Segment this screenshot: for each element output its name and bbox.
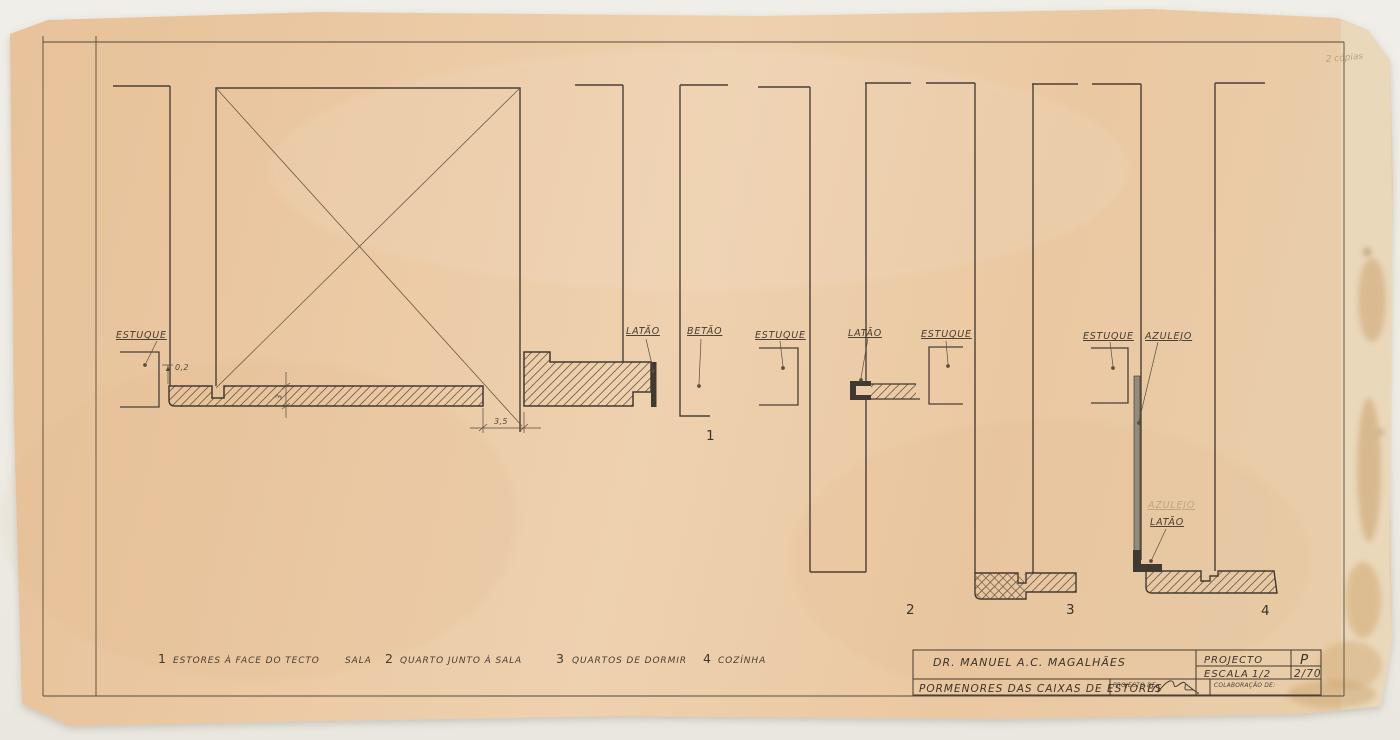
detail-number-3: 3 (1066, 602, 1075, 618)
detail-number-1: 1 (706, 428, 715, 444)
dimension-gap-value: 0,2 (175, 363, 189, 372)
scan-backing: 2 cópias ESTUQUE (0, 0, 1400, 740)
floor-slab-end-hatch (976, 574, 1025, 598)
brass-strip (651, 362, 657, 407)
label-latao-1: LATÃO (626, 326, 660, 337)
label-estuque-1: ESTUQUE (116, 330, 167, 341)
label-azulejo: AZULEJO (1144, 331, 1192, 342)
legend-num-4: 4 (703, 651, 711, 666)
label-estuque-2: ESTUQUE (755, 330, 806, 341)
shelf-slab (871, 384, 916, 399)
legend-text-3: QUARTOS DE DORMIR (572, 656, 687, 666)
legend-num-3: 3 (556, 651, 564, 666)
tile-strip (1134, 376, 1140, 553)
legend-text-4: COZÍNHA (718, 654, 766, 666)
sheet: 2 cópias (0, 9, 1393, 726)
legend-suffix-1: SALA (345, 656, 372, 666)
label-estuque-3: ESTUQUE (921, 329, 972, 340)
title-block-projecto-de: PROJECTO DE: (1113, 683, 1158, 689)
legend-num-2: 2 (385, 651, 393, 666)
title-block-escala-value: 1/2 (1252, 669, 1271, 680)
label-betao: BETÃO (687, 326, 722, 337)
label-latao-2: LATÃO (848, 328, 882, 339)
label-estuque-4: ESTUQUE (1083, 331, 1134, 342)
dimension-width-value: 3,5 (494, 417, 508, 426)
title-block-projecto: PROJECTO (1204, 655, 1263, 666)
title-block-sheet-number: 2/70 (1294, 668, 1322, 680)
title-block-sheet-letter: P (1300, 652, 1309, 668)
title-block-escala-label: ESCALA (1204, 669, 1249, 680)
label-latao-4: LATÃO (1150, 517, 1184, 528)
legend-text-1: ESTORES À FACE DO TECTO (173, 654, 320, 666)
erased-label: AZULEJO (1147, 500, 1195, 511)
detail-number-2: 2 (906, 602, 915, 618)
title-block-colaboracao: COLABORAÇÃO DE: (1214, 682, 1275, 689)
detail-number-4: 4 (1261, 603, 1270, 619)
legend-num-1: 1 (158, 651, 166, 666)
legend-text-2: QUARTO JUNTO À SALA (400, 654, 522, 666)
architectural-drawing-sheet: 2 cópias ESTUQUE (0, 0, 1400, 740)
title-block-client: DR. MANUEL A.C. MAGALHÃES (933, 656, 1126, 669)
